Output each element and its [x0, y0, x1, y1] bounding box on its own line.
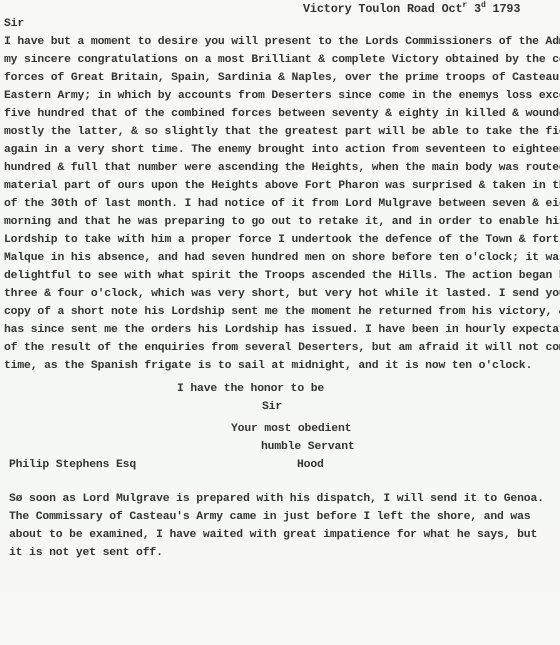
body-line: delightful to see with what spirit the T… — [4, 267, 560, 285]
body-line: of the 30th of last month. I had notice … — [4, 195, 560, 213]
header-place: Victory Toulon Road — [303, 2, 435, 16]
postscript-line: about to be examined, I have waited with… — [9, 526, 537, 544]
body-line: has since sent me the orders his Lordshi… — [4, 321, 560, 339]
header-day-sup: d — [481, 1, 486, 10]
postscript-line: Sø soon as Lord Mulgrave is prepared wit… — [9, 490, 544, 508]
postscript-line: The Commissary of Casteau's Army came in… — [9, 508, 530, 526]
header-month-sup: r — [462, 1, 467, 10]
salutation: Sir — [4, 15, 24, 33]
addressee: Philip Stephens Esq — [9, 456, 136, 474]
body-line: five hundred that of the combined forces… — [4, 105, 560, 123]
body-line: my sincere congratulations on a most Bri… — [4, 51, 560, 69]
closing-line-4: humble Servant — [261, 438, 355, 456]
letter-page: Victory Toulon Road Octr 3d 1793 Sir I h… — [0, 0, 560, 645]
body-line: material part of ours upon the Heights a… — [4, 177, 560, 195]
closing-line-2: Sir — [262, 398, 282, 416]
body-line: I have but a moment to desire you will p… — [4, 33, 560, 51]
body-line: time, as the Spanish frigate is to sail … — [4, 357, 532, 375]
body-line: Eastern Army; in which by accounts from … — [4, 87, 560, 105]
body-line: copy of a short note his Lordship sent m… — [4, 303, 560, 321]
body-line: morning and that he was preparing to go … — [4, 213, 560, 231]
body-line: hundred & full that number were ascendin… — [4, 159, 560, 177]
closing-line-1: I have the honor to be — [177, 380, 324, 398]
body-line: of the result of the enquiries from seve… — [4, 339, 560, 357]
body-line: Malque in his absence, and had seven hun… — [4, 249, 560, 267]
body-line: mostly the latter, & so slightly that th… — [4, 123, 560, 141]
header-month: Oct — [442, 2, 463, 16]
postscript-line: it is not yet sent off. — [9, 544, 163, 562]
body-line: three & four o'clock, which was very sho… — [4, 285, 560, 303]
body-line: Lordship to take with him a proper force… — [4, 231, 560, 249]
signature: Hood — [297, 456, 324, 474]
letter-header: Victory Toulon Road Octr 3d 1793 — [303, 0, 520, 18]
header-year: 1793 — [493, 2, 521, 16]
body-line: again in a very short time. The enemy br… — [4, 141, 560, 159]
body-line: forces of Great Britain, Spain, Sardinia… — [4, 69, 560, 87]
header-day: 3 — [474, 2, 481, 16]
closing-line-3: Your most obedient — [231, 420, 351, 438]
